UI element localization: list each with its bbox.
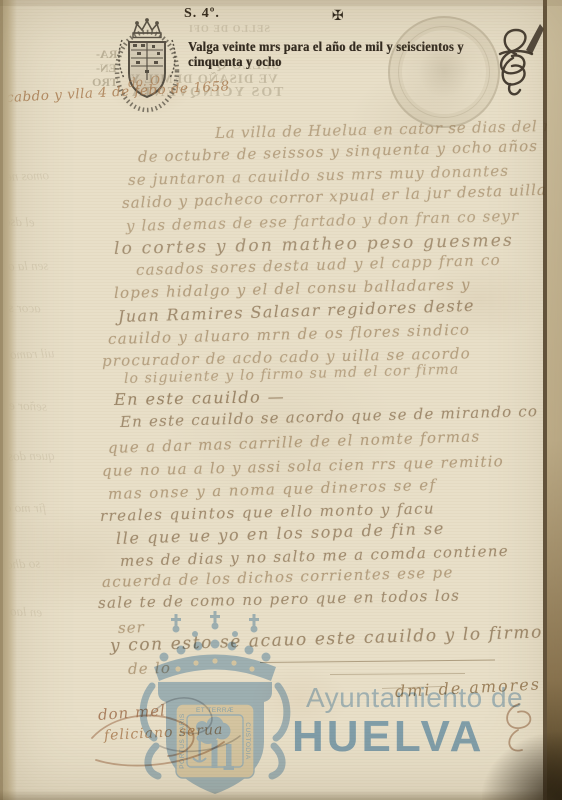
manuscript-page: SELLO DE OFIRA-EN-TROSELLO QVVE DISAÑO D…	[0, 0, 562, 800]
scan-vignette	[0, 0, 562, 800]
